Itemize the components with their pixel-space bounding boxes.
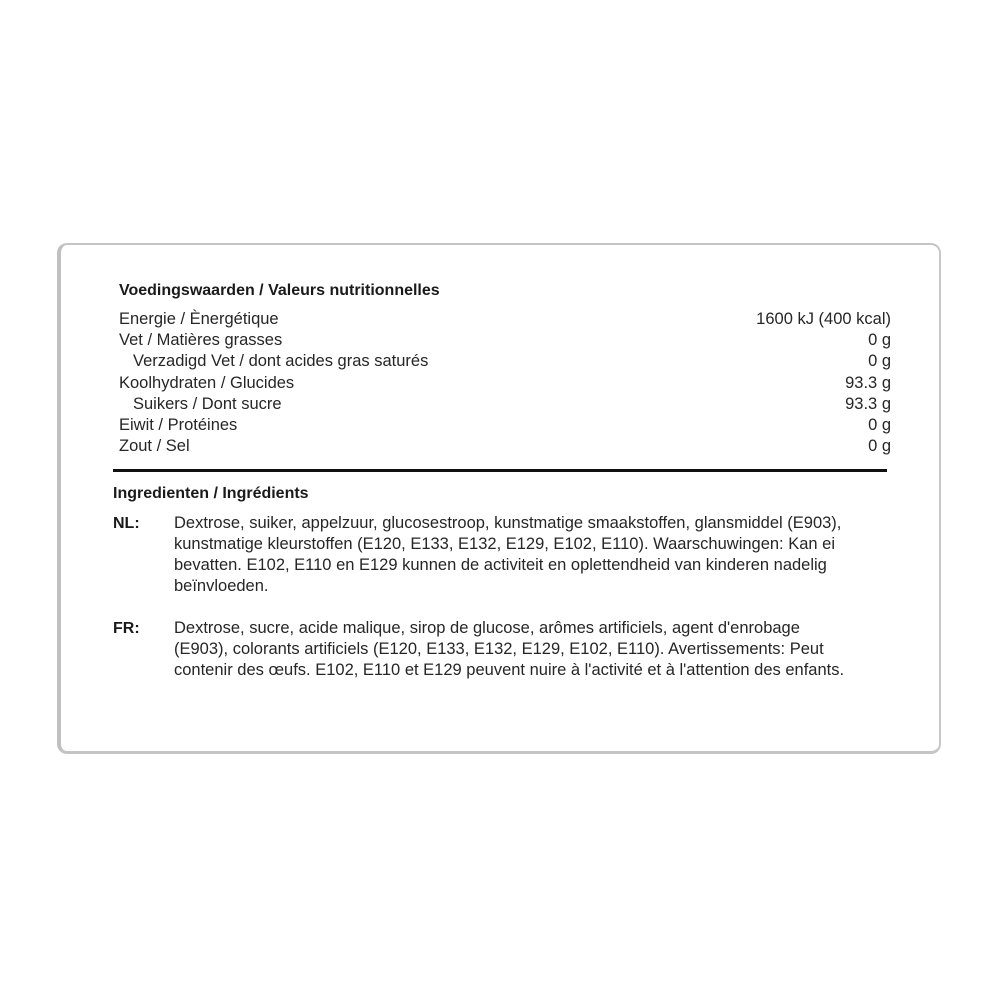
nutrition-row-protein: Eiwit / Protéines 0 g [119, 415, 891, 436]
nutrient-label: Suikers / Dont sucre [133, 394, 282, 415]
nutrition-row-saturated-fat: Verzadigd Vet / dont acides gras saturés… [119, 351, 891, 372]
nutrition-row-sugars: Suikers / Dont sucre 93.3 g [119, 394, 891, 415]
nutrition-row-energy: Energie / Ènergétique 1600 kJ (400 kcal) [119, 309, 891, 330]
language-code-fr: FR: [113, 618, 140, 639]
nutrient-value: 93.3 g [845, 394, 891, 415]
text-line: kunstmatige kleurstoffen (E120, E133, E1… [174, 534, 944, 555]
nutrient-label: Eiwit / Protéines [119, 415, 237, 436]
text-line: Dextrose, suiker, appelzuur, glucosestro… [174, 513, 944, 534]
nutrient-value: 0 g [868, 415, 891, 436]
nutrient-value: 93.3 g [845, 373, 891, 394]
nutrient-label: Energie / Ènergétique [119, 309, 279, 330]
nutrition-row-salt: Zout / Sel 0 g [119, 436, 891, 457]
nutrient-label: Vet / Matières grasses [119, 330, 282, 351]
text-line: beïnvloeden. [174, 576, 944, 597]
nutrient-label: Verzadigd Vet / dont acides gras saturés [133, 351, 428, 372]
ingredients-text-fr: Dextrose, sucre, acide malique, sirop de… [174, 618, 944, 681]
text-line: bevatten. E102, E110 en E129 kunnen de a… [174, 555, 944, 576]
language-code-nl: NL: [113, 513, 140, 534]
nutrition-row-fat: Vet / Matières grasses 0 g [119, 330, 891, 351]
nutrition-table: Energie / Ènergétique 1600 kJ (400 kcal)… [119, 309, 891, 457]
ingredients-title: Ingredienten / Ingrédients [113, 485, 309, 503]
text-line: Dextrose, sucre, acide malique, sirop de… [174, 618, 944, 639]
nutrition-title: Voedingswaarden / Valeurs nutritionnelle… [119, 282, 440, 300]
nutrition-row-carbohydrates: Koolhydraten / Glucides 93.3 g [119, 373, 891, 394]
divider-rule [113, 469, 887, 472]
ingredients-text-nl: Dextrose, suiker, appelzuur, glucosestro… [174, 513, 944, 597]
nutrient-label: Zout / Sel [119, 436, 190, 457]
text-line: (E903), colorants artificiels (E120, E13… [174, 639, 944, 660]
text-line: contenir des œufs. E102, E110 et E129 pe… [174, 660, 944, 681]
nutrient-value: 1600 kJ (400 kcal) [756, 309, 891, 330]
nutrient-value: 0 g [868, 436, 891, 457]
nutrient-value: 0 g [868, 330, 891, 351]
nutrient-label: Koolhydraten / Glucides [119, 373, 294, 394]
nutrient-value: 0 g [868, 351, 891, 372]
